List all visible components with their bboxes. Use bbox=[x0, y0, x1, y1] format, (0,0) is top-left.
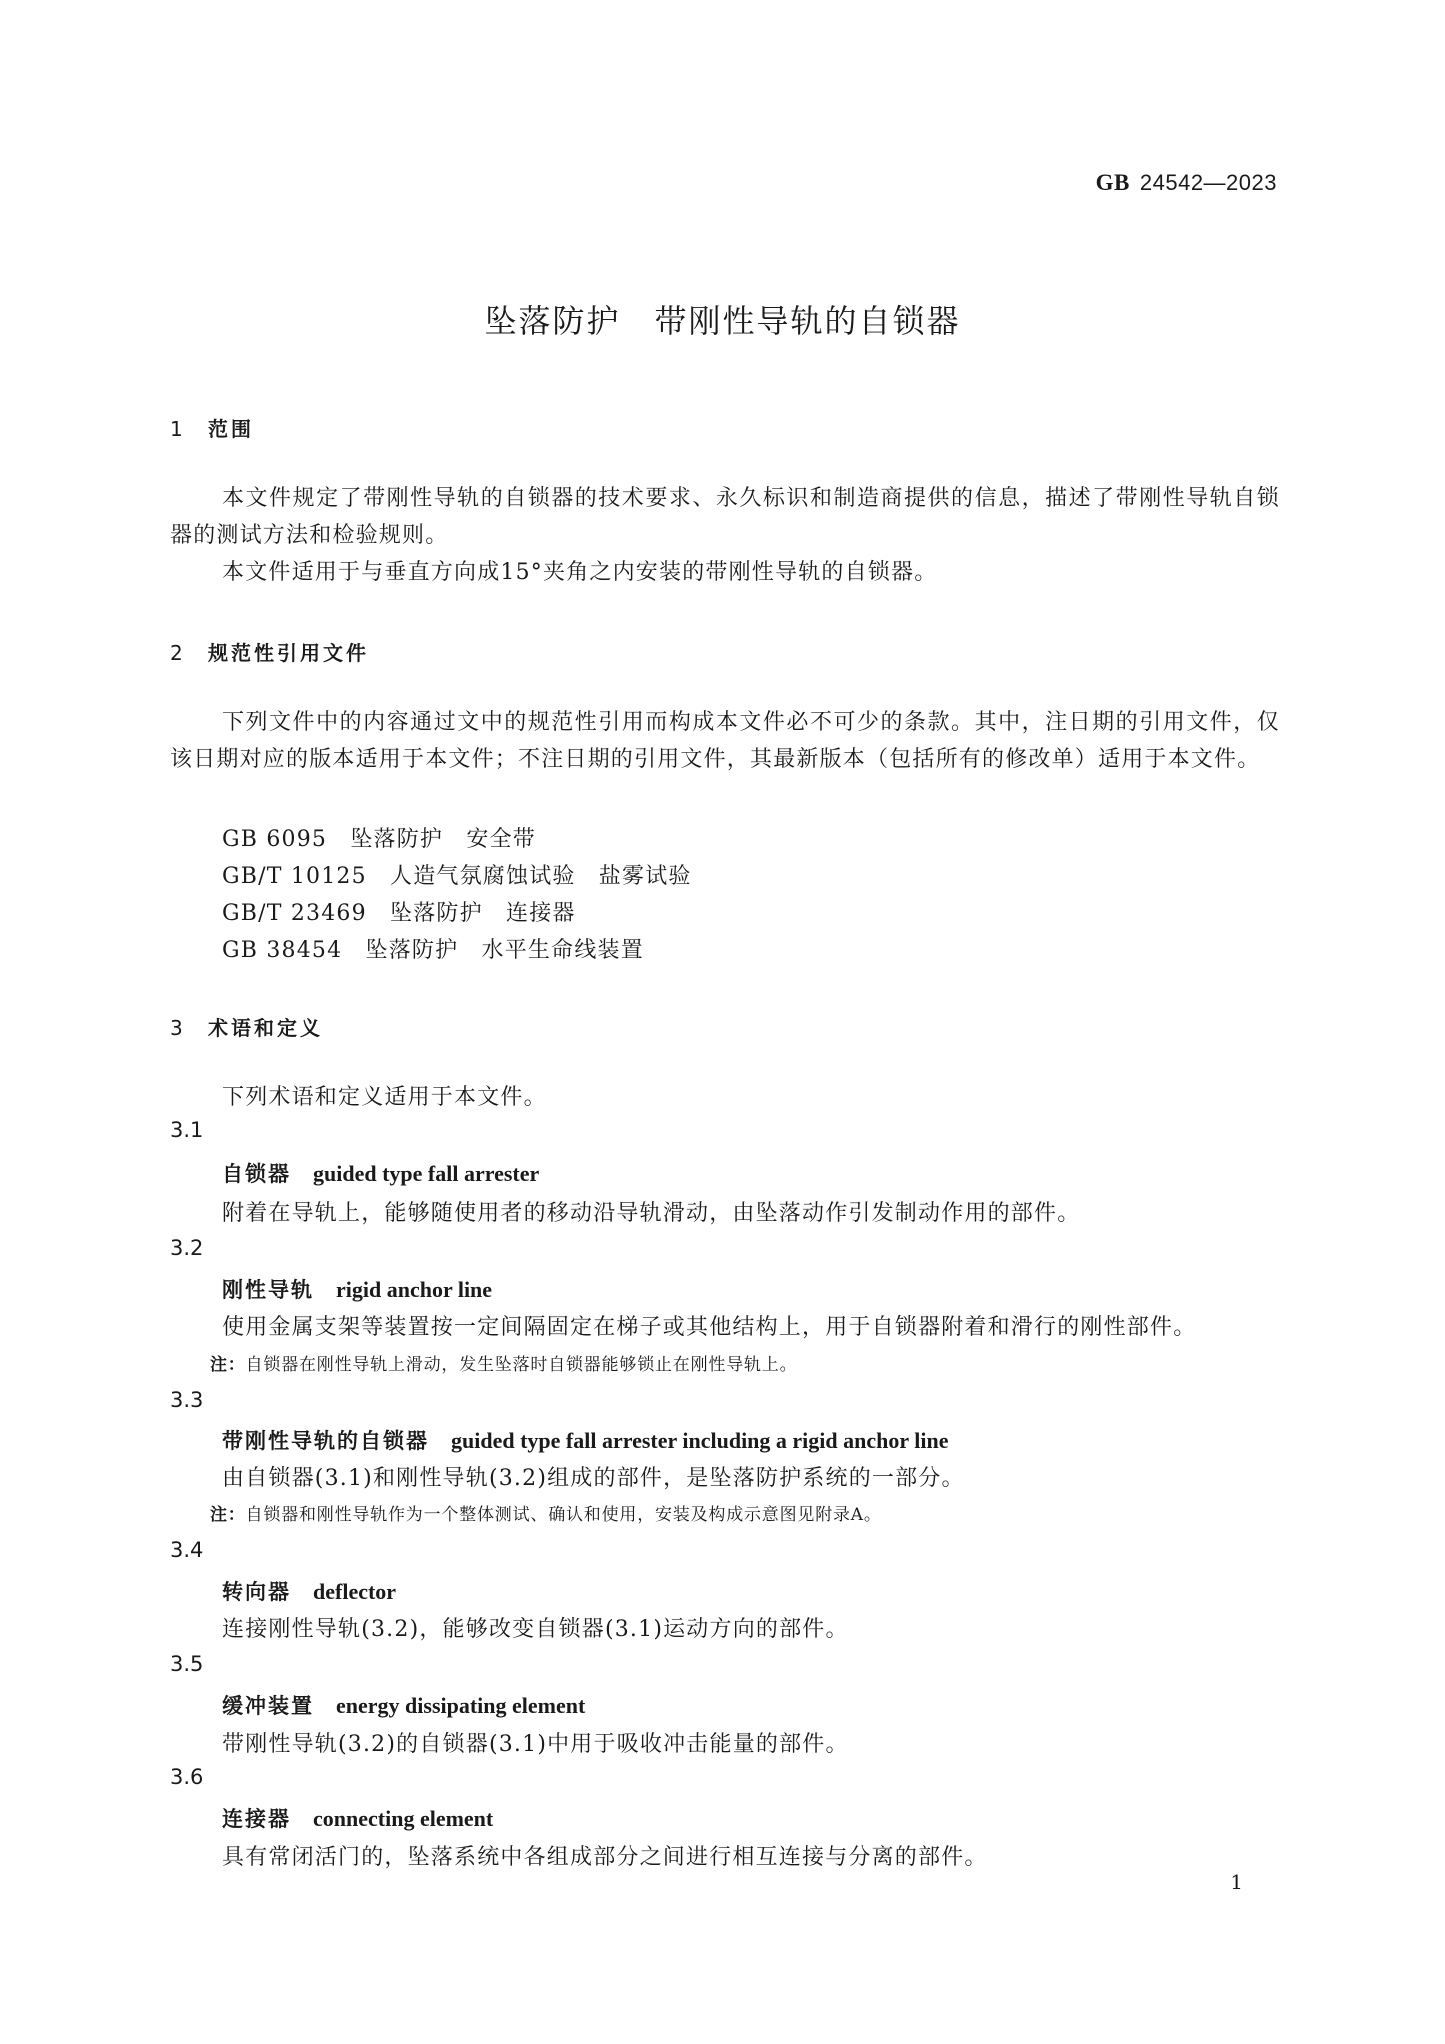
term-en: deflector bbox=[313, 1579, 396, 1604]
term-zh: 缓冲装置 bbox=[222, 1694, 314, 1718]
note-label: 注： bbox=[210, 1505, 246, 1525]
section-title: 规范性引用文件 bbox=[208, 641, 369, 665]
scope-paragraph-1: 本文件规定了带刚性导轨的自锁器的技术要求、永久标识和制造商提供的信息，描述了带刚… bbox=[170, 480, 1280, 554]
standard-number: 24542—2023 bbox=[1140, 170, 1277, 195]
section-number: 3 bbox=[170, 1016, 208, 1040]
term-zh: 带刚性导轨的自锁器 bbox=[222, 1429, 429, 1453]
section-number: 1 bbox=[170, 417, 208, 441]
note-text: 自锁器在刚性导轨上滑动，发生坠落时自锁器能够锁止在刚性导轨上。 bbox=[246, 1355, 798, 1375]
standard-code: GB24542—2023 bbox=[1096, 170, 1277, 196]
scope-paragraph-2: 本文件适用于与垂直方向成15°夹角之内安装的带刚性导轨的自锁器。 bbox=[170, 554, 1280, 591]
term-heading: 刚性导轨rigid anchor line bbox=[222, 1274, 492, 1304]
term-definition: 使用金属支架等装置按一定间隔固定在梯子或其他结构上，用于自锁器附着和滑行的刚性部… bbox=[222, 1310, 1196, 1341]
term-en: guided type fall arrester bbox=[313, 1161, 539, 1186]
section-number: 2 bbox=[170, 641, 208, 665]
reference-item: GB 38454 坠落防护 水平生命线装置 bbox=[222, 933, 644, 964]
term-zh: 刚性导轨 bbox=[222, 1278, 314, 1302]
term-number: 3.4 bbox=[170, 1538, 203, 1562]
terms-intro: 下列术语和定义适用于本文件。 bbox=[222, 1080, 547, 1111]
section-3-heading: 3术语和定义 bbox=[170, 1012, 323, 1041]
term-heading: 带刚性导轨的自锁器guided type fall arrester inclu… bbox=[222, 1425, 948, 1455]
term-note: 注：自锁器和刚性导轨作为一个整体测试、确认和使用，安装及构成示意图见附录A。 bbox=[210, 1500, 882, 1525]
term-heading: 自锁器guided type fall arrester bbox=[222, 1158, 539, 1188]
term-number: 3.5 bbox=[170, 1652, 203, 1676]
term-zh: 转向器 bbox=[222, 1580, 291, 1604]
term-zh: 连接器 bbox=[222, 1807, 291, 1831]
term-en: rigid anchor line bbox=[336, 1277, 492, 1302]
section-1-heading: 1范围 bbox=[170, 413, 254, 442]
reference-item: GB 6095 坠落防护 安全带 bbox=[222, 822, 536, 853]
note-text: 自锁器和刚性导轨作为一个整体测试、确认和使用，安装及构成示意图见附录A。 bbox=[246, 1505, 882, 1525]
term-definition: 由自锁器(3.1)和刚性导轨(3.2)组成的部件，是坠落防护系统的一部分。 bbox=[222, 1461, 965, 1492]
term-number: 3.6 bbox=[170, 1765, 203, 1789]
standard-prefix: GB bbox=[1096, 170, 1130, 195]
page-number: 1 bbox=[1230, 1870, 1243, 1894]
term-heading: 连接器connecting element bbox=[222, 1803, 493, 1833]
term-definition: 带刚性导轨(3.2)的自锁器(3.1)中用于吸收冲击能量的部件。 bbox=[222, 1727, 849, 1758]
term-en: connecting element bbox=[313, 1806, 493, 1831]
normative-references-intro: 下列文件中的内容通过文中的规范性引用而构成本文件必不可少的条款。其中，注日期的引… bbox=[170, 704, 1280, 778]
term-number: 3.3 bbox=[170, 1388, 203, 1412]
document-title: 坠落防护 带刚性导轨的自锁器 bbox=[0, 296, 1445, 342]
term-heading: 转向器deflector bbox=[222, 1576, 396, 1606]
term-number: 3.1 bbox=[170, 1118, 203, 1142]
term-en: energy dissipating element bbox=[336, 1693, 585, 1718]
section-title: 范围 bbox=[208, 417, 254, 441]
reference-item: GB/T 10125 人造气氛腐蚀试验 盐雾试验 bbox=[222, 859, 692, 890]
document-page: GB24542—2023 坠落防护 带刚性导轨的自锁器 1范围 本文件规定了带刚… bbox=[0, 0, 1445, 2044]
term-en: guided type fall arrester including a ri… bbox=[451, 1428, 948, 1453]
note-label: 注： bbox=[210, 1355, 246, 1375]
section-title: 术语和定义 bbox=[208, 1016, 323, 1040]
term-zh: 自锁器 bbox=[222, 1162, 291, 1186]
term-definition: 具有常闭活门的，坠落系统中各组成部分之间进行相互连接与分离的部件。 bbox=[222, 1840, 988, 1871]
term-definition: 附着在导轨上，能够随使用者的移动沿导轨滑动，由坠落动作引发制动作用的部件。 bbox=[222, 1196, 1080, 1227]
section-2-heading: 2规范性引用文件 bbox=[170, 637, 369, 666]
term-number: 3.2 bbox=[170, 1236, 203, 1260]
term-heading: 缓冲装置energy dissipating element bbox=[222, 1690, 585, 1720]
term-note: 注：自锁器在刚性导轨上滑动，发生坠落时自锁器能够锁止在刚性导轨上。 bbox=[210, 1350, 797, 1375]
reference-item: GB/T 23469 坠落防护 连接器 bbox=[222, 896, 576, 927]
term-definition: 连接刚性导轨(3.2)，能够改变自锁器(3.1)运动方向的部件。 bbox=[222, 1612, 849, 1643]
